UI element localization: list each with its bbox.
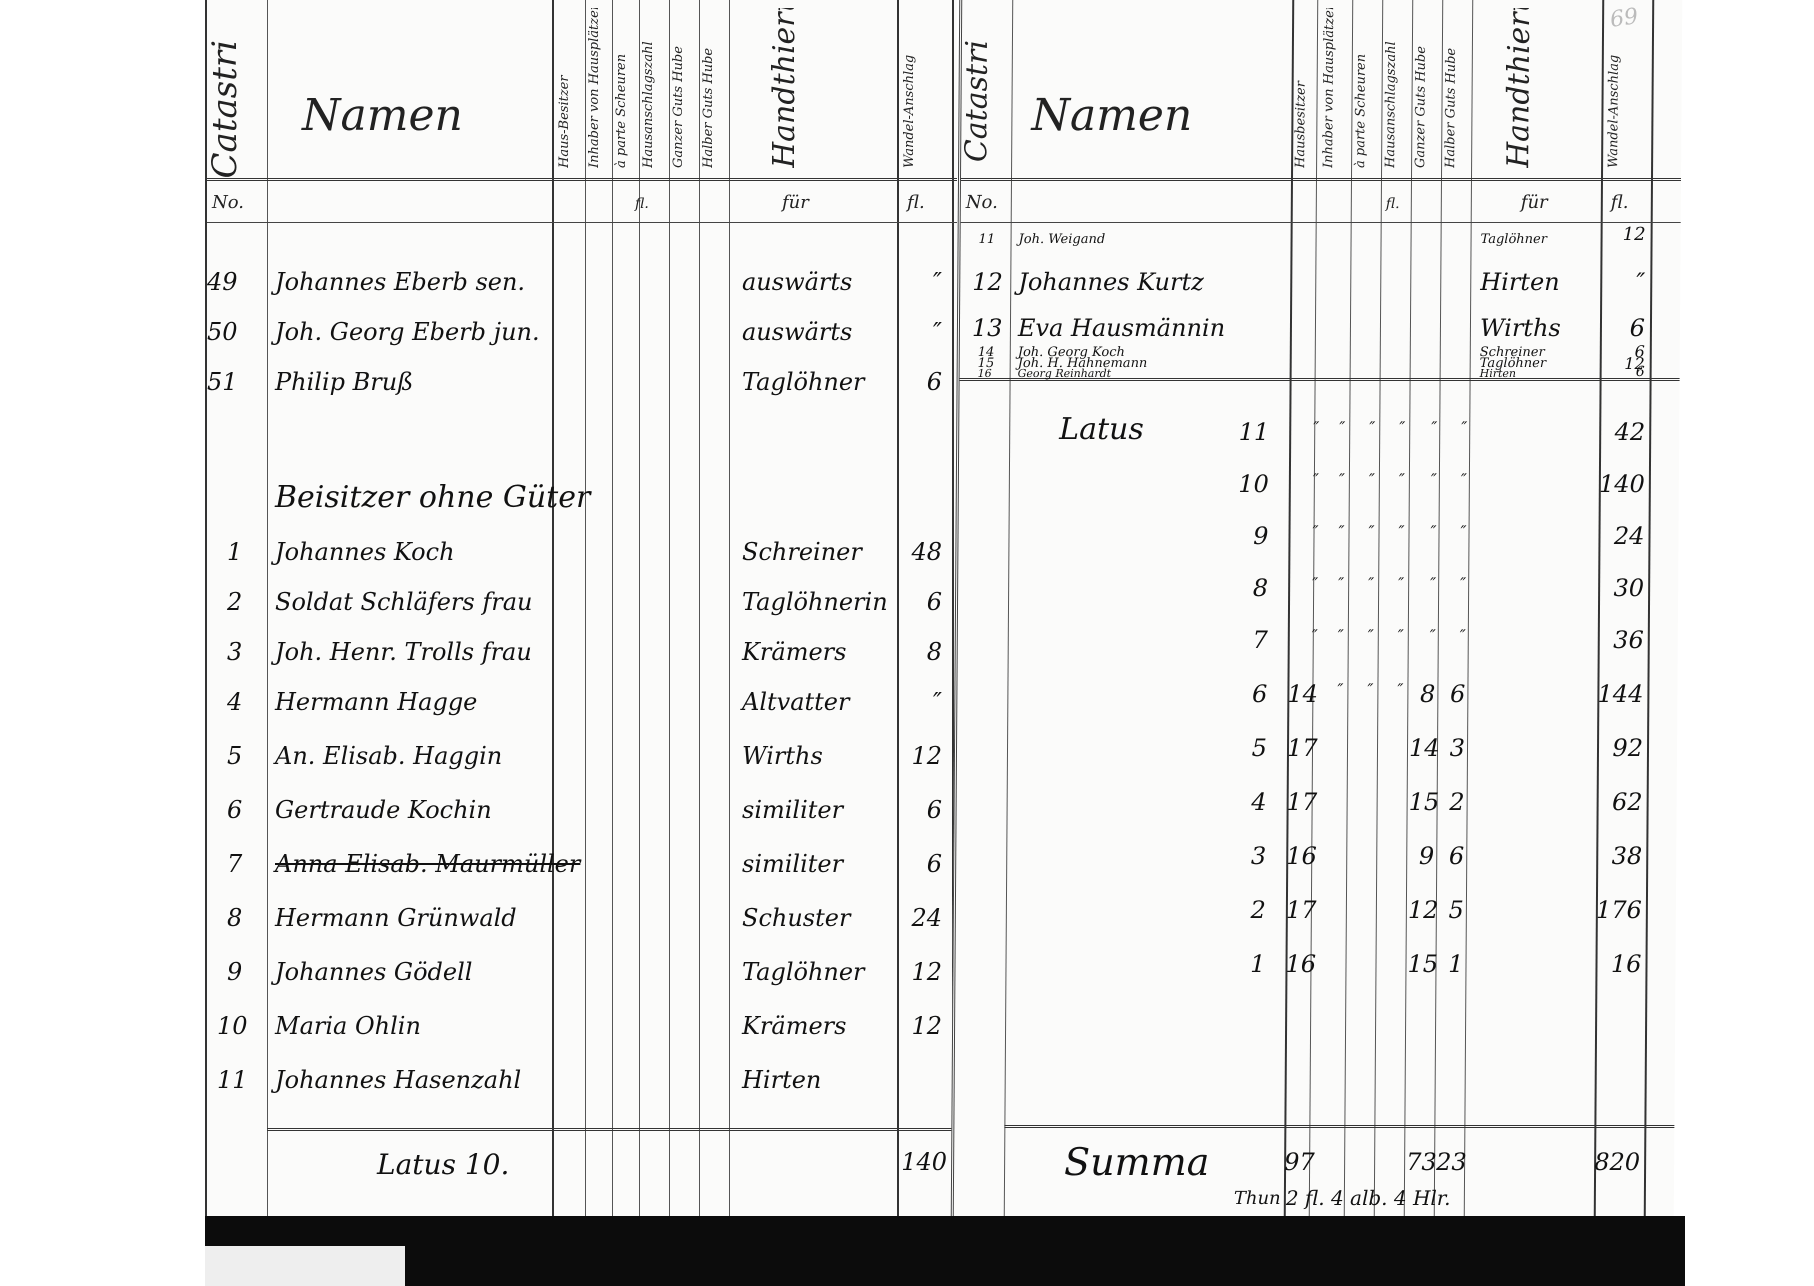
latus-col1: 17: [1287, 734, 1317, 762]
latus-row: 10 ″ ″ ″ ″ ″ ″ 140: [959, 470, 1679, 510]
trade: Wirths: [742, 742, 823, 770]
latus-row: 7 ″ ″ ″ ″ ″ ″ 36: [958, 626, 1678, 666]
latus-page-number: 7: [1228, 626, 1268, 654]
latus-col6: 5: [1438, 896, 1464, 924]
person-name: Eva Hausmännin: [1018, 314, 1225, 342]
row-number: 3: [227, 638, 242, 666]
column-rule: [612, 0, 613, 1216]
row-number: 16: [978, 367, 992, 380]
trade: auswärts: [742, 268, 852, 296]
latus-page-number: 10: [1229, 470, 1269, 498]
summa-total: 820: [1594, 1148, 1640, 1176]
latus-page-number: 6: [1227, 680, 1267, 708]
latus-total: 140: [897, 1148, 947, 1176]
latus-row: 11 ″ ″ ″ ″ ″ ″ 42: [959, 418, 1679, 458]
amount: ″: [1605, 268, 1645, 296]
amount: 6: [902, 796, 942, 824]
subheader-no: No.: [212, 192, 244, 213]
header-handthierungen: Handthierungen: [767, 8, 847, 168]
trade: Hirten: [1480, 367, 1516, 380]
latus-col3: ″: [1351, 470, 1375, 489]
row-number: 4: [227, 688, 242, 716]
subheader-fl2: fl.: [1611, 192, 1629, 213]
latus-row: 4 17 15 2 62: [956, 788, 1676, 828]
subheader-rule: [961, 222, 1681, 223]
latus-total: 176: [1596, 896, 1642, 924]
amount: 6: [902, 368, 942, 396]
row-number: 50: [207, 318, 238, 346]
column-rule: [552, 0, 554, 1216]
trade: Taglöhner: [1481, 232, 1547, 247]
header-anschlagszahl: Hausanschlagszahl: [1383, 8, 1410, 168]
header-wandel-anschlag: Wandel-Anschlag: [1606, 8, 1649, 168]
book-edge-highlight: [205, 1246, 405, 1286]
latus-col1: ″: [1289, 418, 1319, 437]
header-scheuren: à parte Scheuren: [614, 8, 638, 168]
trade: Krämers: [742, 1012, 846, 1040]
amount: 6: [1605, 364, 1645, 380]
latus-col5: 9: [1408, 842, 1434, 870]
latus-page-number: 9: [1228, 522, 1268, 550]
latus-total: 140: [1599, 470, 1645, 498]
person-name: Anna Elisab. Maurmüller: [275, 850, 580, 878]
latus-row: 9 ″ ″ ″ ″ ″ ″ 24: [958, 522, 1678, 562]
subheader-no: No.: [966, 192, 998, 213]
latus-col4: ″: [1380, 522, 1404, 541]
latus-col6: ″: [1441, 418, 1467, 437]
person-name: Hermann Hagge: [275, 688, 477, 716]
latus-total: 144: [1597, 680, 1643, 708]
header-halbe-hube: Halber Guts Hube: [701, 8, 727, 168]
header-cataster: Catastri: [205, 40, 245, 178]
person-name: Joh. Georg Eberb jun.: [275, 318, 540, 346]
trade: similiter: [742, 850, 843, 878]
trade: Hirten: [1480, 268, 1560, 296]
latus-label: Latus 10.: [377, 1148, 509, 1181]
latus-col5: 12: [1408, 896, 1434, 924]
latus-total: 36: [1598, 626, 1644, 654]
amount: 8: [902, 638, 942, 666]
ledger-page-right: 69 Catastri Namen Hausbesitzer Inhaber v…: [951, 0, 1682, 1216]
column-rule: [729, 0, 730, 1216]
trade: Hirten: [742, 1066, 821, 1094]
latus-col3: ″: [1349, 680, 1373, 699]
latus-total: 38: [1596, 842, 1642, 870]
latus-col5: ″: [1410, 522, 1436, 541]
header-handthierungen: Handthierungen: [1501, 8, 1582, 168]
latus-col3: ″: [1350, 626, 1374, 645]
summa-rule: [1004, 1125, 1674, 1128]
row-number: 12: [972, 268, 1003, 296]
latus-col6: 1: [1437, 950, 1463, 978]
latus-col1: 14: [1287, 680, 1317, 708]
latus-col1: 17: [1287, 788, 1317, 816]
row-number: 9: [227, 958, 242, 986]
header-rule: [207, 178, 957, 181]
person-name: Soldat Schläfers frau: [275, 588, 532, 616]
latus-col1: ″: [1288, 522, 1318, 541]
amount: 6: [1605, 314, 1645, 342]
person-name: Philip Bruß: [275, 368, 413, 396]
latus-col3: ″: [1350, 574, 1374, 593]
amount: 6: [902, 588, 942, 616]
latus-col1: 16: [1286, 842, 1316, 870]
latus-col1: ″: [1289, 470, 1319, 489]
trade: Taglöhner: [742, 368, 865, 396]
latus-col3: ″: [1351, 418, 1375, 437]
latus-page-number: 8: [1228, 574, 1268, 602]
latus-col4: ″: [1381, 470, 1405, 489]
trade: Krämers: [742, 638, 846, 666]
summa-note: 2 fl. 4 alb. 4 Hlr.: [1286, 1186, 1451, 1210]
amount: 24: [902, 904, 942, 932]
latus-col1: ″: [1288, 626, 1318, 645]
latus-total: 24: [1598, 522, 1644, 550]
row-number: 51: [207, 368, 238, 396]
latus-col6: 2: [1439, 788, 1465, 816]
latus-col5: 14: [1409, 734, 1435, 762]
latus-col2: ″: [1321, 418, 1345, 437]
header-cataster: Catastri: [959, 40, 995, 162]
header-anschlagszahl: Hausanschlagszahl: [641, 8, 667, 168]
amount: ″: [902, 318, 942, 346]
latus-col4: ″: [1380, 626, 1404, 645]
latus-col5: ″: [1411, 418, 1437, 437]
person-name: Georg Reinhardt: [1018, 367, 1112, 380]
subheader-fuer: für: [782, 192, 809, 213]
latus-total: 16: [1595, 950, 1641, 978]
header-names: Namen: [302, 90, 463, 141]
amount: 6: [902, 850, 942, 878]
section-title: Beisitzer ohne Güter: [275, 480, 590, 515]
amount: 12: [902, 958, 942, 986]
column-rule: [669, 0, 670, 1216]
latus-page-number: 2: [1226, 896, 1266, 924]
person-name: Maria Ohlin: [275, 1012, 421, 1040]
person-name: Joh. Henr. Trolls frau: [275, 638, 532, 666]
person-name: An. Elisab. Haggin: [275, 742, 502, 770]
amount: 12: [902, 1012, 942, 1040]
latus-page-number: 4: [1227, 788, 1267, 816]
trade: Taglöhnerin: [742, 588, 888, 616]
latus-col6: ″: [1440, 574, 1466, 593]
amount: 48: [902, 538, 942, 566]
latus-col2: ″: [1320, 574, 1344, 593]
summa-col5: 73: [1406, 1148, 1432, 1176]
column-rule: [585, 0, 586, 1216]
row-number: 13: [972, 314, 1003, 342]
latus-col2: ″: [1321, 470, 1345, 489]
latus-col5: 8: [1409, 680, 1435, 708]
column-rule: [267, 0, 268, 1216]
subheader-fl2: fl.: [907, 192, 925, 213]
latus-page-number: 11: [1229, 418, 1269, 446]
header-hausplaetze: Inhaber von Hausplätzen: [587, 8, 611, 168]
column-rule: [639, 0, 640, 1216]
latus-col5: ″: [1410, 574, 1436, 593]
latus-row: 5 17 14 3 92: [957, 734, 1677, 774]
latus-page-number: 5: [1227, 734, 1267, 762]
ledger-page-left: Catastri Namen Haus-Besitzer Inhaber von…: [205, 0, 957, 1216]
person-name: Johannes Koch: [275, 538, 455, 566]
latus-col1: ″: [1288, 574, 1318, 593]
summa-col6: 23: [1436, 1148, 1462, 1176]
amount: ″: [902, 688, 942, 716]
row-number: 7: [227, 850, 242, 878]
latus-col5: 15: [1407, 950, 1433, 978]
latus-page-number: 3: [1226, 842, 1266, 870]
latus-col5: 15: [1409, 788, 1435, 816]
person-name: Joh. Weigand: [1019, 232, 1106, 247]
header-wandel-anschlag: Wandel-Anschlag: [902, 8, 950, 168]
person-name: Johannes Hasenzahl: [275, 1066, 521, 1094]
person-name: Johannes Eberb sen.: [275, 268, 525, 296]
header-names: Namen: [1031, 90, 1192, 141]
header-ganze-hube: Ganzer Guts Hube: [1413, 8, 1440, 168]
person-name: Hermann Grünwald: [275, 904, 517, 932]
row-number: 5: [227, 742, 242, 770]
row-number: 1: [227, 538, 242, 566]
latus-row: 6 14 ″ ″ ″ 8 6 144: [957, 680, 1677, 720]
latus-total: 30: [1598, 574, 1644, 602]
latus-col6: 6: [1439, 680, 1465, 708]
latus-page-number: 1: [1225, 950, 1265, 978]
latus-total: 62: [1597, 788, 1643, 816]
book-edge-shadow: [205, 1216, 1685, 1286]
latus-col4: ″: [1379, 680, 1403, 699]
trade: auswärts: [742, 318, 852, 346]
latus-col6: ″: [1440, 522, 1466, 541]
column-rule: [897, 0, 899, 1216]
row-number: 11: [217, 1066, 248, 1094]
header-halbe-hube: Halber Guts Hube: [1443, 8, 1470, 168]
person-name: Gertraude Kochin: [275, 796, 492, 824]
row-number: 6: [227, 796, 242, 824]
trade: Taglöhner: [742, 958, 865, 986]
summa-col1: 97: [1284, 1148, 1314, 1176]
latus-row: 8 ″ ″ ″ ″ ″ ″ 30: [958, 574, 1678, 614]
amount: 12: [902, 742, 942, 770]
latus-col6: ″: [1440, 626, 1466, 645]
summa-label: Summa: [1064, 1140, 1210, 1184]
latus-col5: ″: [1410, 626, 1436, 645]
person-name: Johannes Gödell: [275, 958, 472, 986]
latus-col6: 3: [1439, 734, 1465, 762]
latus-col5: ″: [1411, 470, 1437, 489]
row-number: 8: [227, 904, 242, 932]
trade: Schreiner: [742, 538, 862, 566]
subheader-rule: [207, 222, 957, 223]
latus-col6: 6: [1438, 842, 1464, 870]
amount: 12: [1606, 224, 1646, 245]
header-hausplaetze: Inhaber von Hausplätzen: [1321, 8, 1350, 168]
latus-col2: ″: [1319, 680, 1343, 699]
latus-col2: ″: [1320, 522, 1344, 541]
latus-total: 92: [1597, 734, 1643, 762]
latus-row: 2 17 12 5 176: [956, 896, 1676, 936]
trade: Schuster: [742, 904, 850, 932]
latus-col4: ″: [1380, 574, 1404, 593]
row-number: 11: [979, 232, 996, 247]
latus-total: 42: [1599, 418, 1645, 446]
person-name: Johannes Kurtz: [1018, 268, 1204, 296]
subheader-fl: fl.: [1386, 196, 1400, 212]
header-scheuren: à parte Scheuren: [1353, 8, 1380, 168]
header-hausbesitzer: Haus-Besitzer: [557, 8, 583, 168]
latus-rule: [267, 1128, 957, 1131]
latus-col6: ″: [1441, 470, 1467, 489]
latus-col1: 16: [1285, 950, 1315, 978]
header-ganze-hube: Ganzer Guts Hube: [671, 8, 697, 168]
amount: ″: [902, 268, 942, 296]
trade: similiter: [742, 796, 843, 824]
latus-col1: 17: [1286, 896, 1316, 924]
latus-col4: ″: [1381, 418, 1405, 437]
trade: Altvatter: [742, 688, 849, 716]
summa-note-label: Thun: [1234, 1188, 1281, 1209]
column-rule: [699, 0, 700, 1216]
trade: Wirths: [1480, 314, 1561, 342]
subheader-fl: fl.: [635, 196, 649, 212]
latus-col3: ″: [1350, 522, 1374, 541]
header-hausbesitzer: Hausbesitzer: [1293, 8, 1316, 168]
subheader-fuer: für: [1521, 192, 1548, 213]
latus-col2: ″: [1320, 626, 1344, 645]
latus-row: 1 16 15 1 16: [955, 950, 1675, 990]
latus-row: 3 16 9 6 38: [956, 842, 1676, 882]
header-rule: [961, 178, 1681, 181]
row-number: 49: [207, 268, 238, 296]
row-number: 10: [217, 1012, 248, 1040]
row-number: 2: [227, 588, 242, 616]
